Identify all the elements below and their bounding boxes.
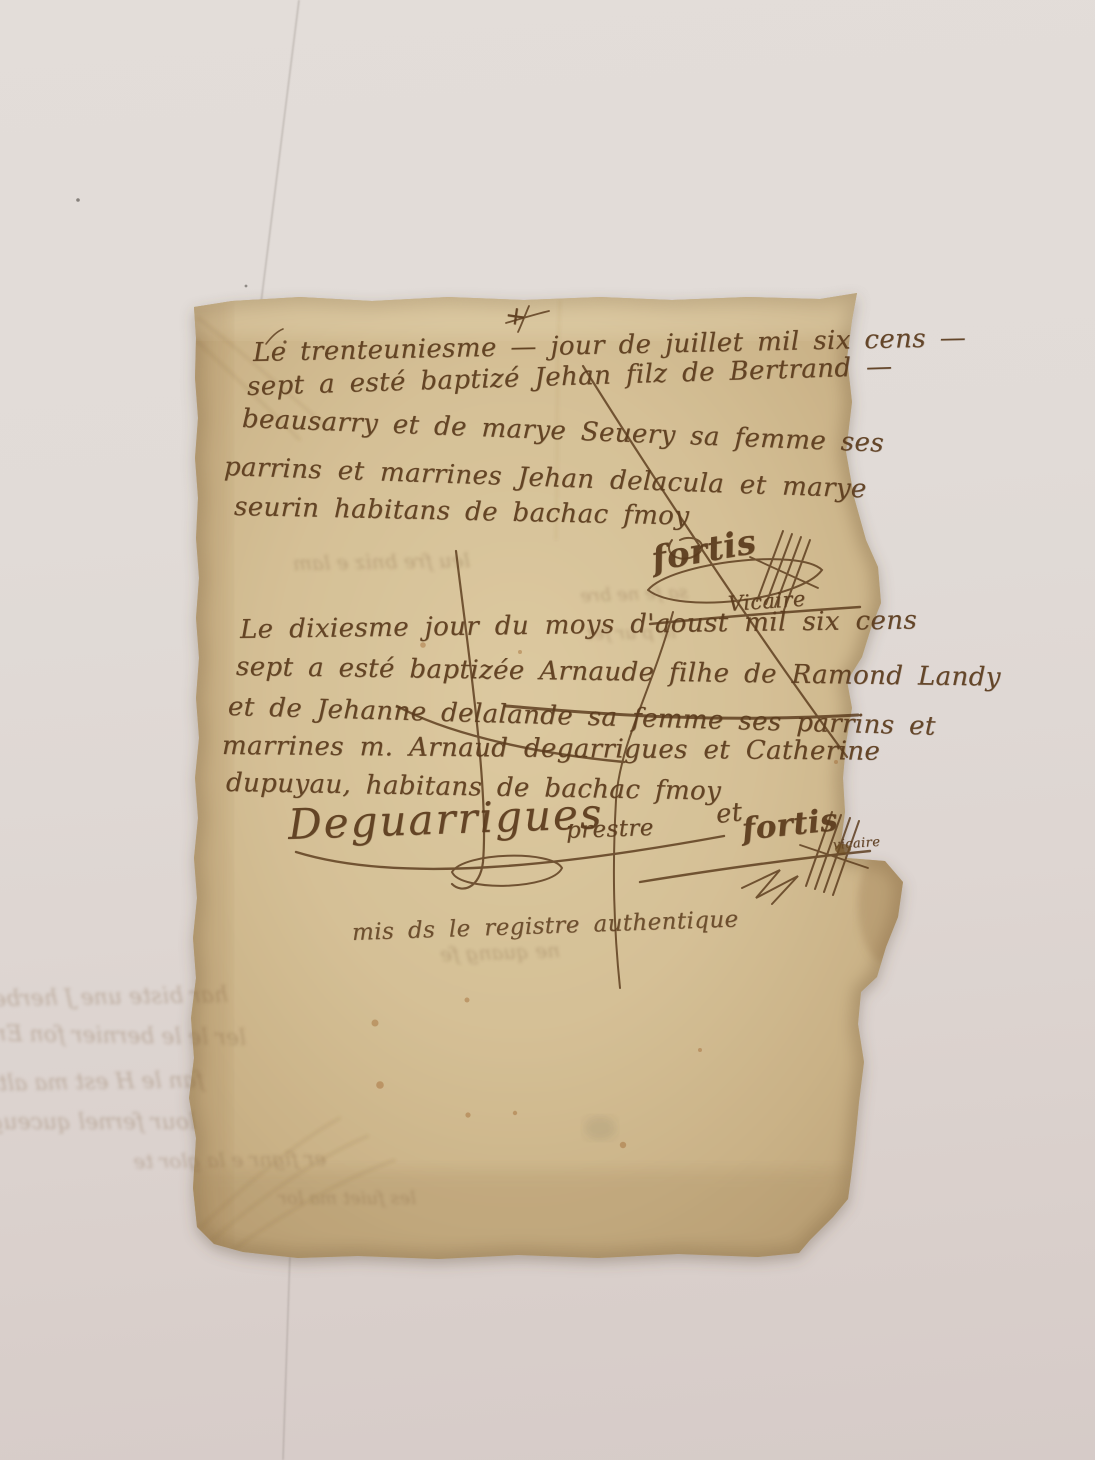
- record2-line: Le dixiesme jour du moys d'aoust mil six…: [240, 606, 918, 645]
- record2-signature-primary: Deguarrigues: [287, 789, 604, 849]
- record1-line: seurin habitans de bachac fmoy: [234, 492, 690, 532]
- record2-line: sept a esté baptizée Arnaude filhe de Ra…: [236, 652, 1001, 693]
- bleedthrough-line: leu fre bniz e lam: [293, 548, 470, 575]
- handwriting-layer: leu fre bniz e lam sa fe ne bre le p ur …: [0, 0, 1095, 1460]
- record2-signature-secondary: fortis: [740, 802, 840, 848]
- record2-line: marrines m. Arnaud degarrigues et Cather…: [222, 731, 880, 767]
- bleedthrough-line: har biste une J herbe fe bnt: [0, 983, 228, 1013]
- bleedthrough-line: er fignr e la glor te: [133, 1146, 326, 1173]
- bleedthrough-line: sa fe ne bre: [580, 582, 688, 607]
- record1-line: beausarry et de marye Seuery sa femme se…: [241, 404, 884, 459]
- bleedthrough-line: les fuiet ma lor: [278, 1188, 416, 1209]
- bleedthrough-line: lour fernel quceug rebe du les: [0, 1110, 196, 1135]
- bleedthrough-line: ler le le bernier fon Err les: [0, 1021, 246, 1051]
- bleedthrough-line: fan le H est ma alten - fe un: [0, 1068, 204, 1098]
- photograph: leu fre bniz e lam sa fe ne bre le p ur …: [0, 0, 1095, 1460]
- record2-signature-primary-title: prestre: [566, 815, 655, 844]
- record2-signature-secondary-title: vicaire: [832, 835, 880, 853]
- top-cross-mark: +: [503, 300, 529, 333]
